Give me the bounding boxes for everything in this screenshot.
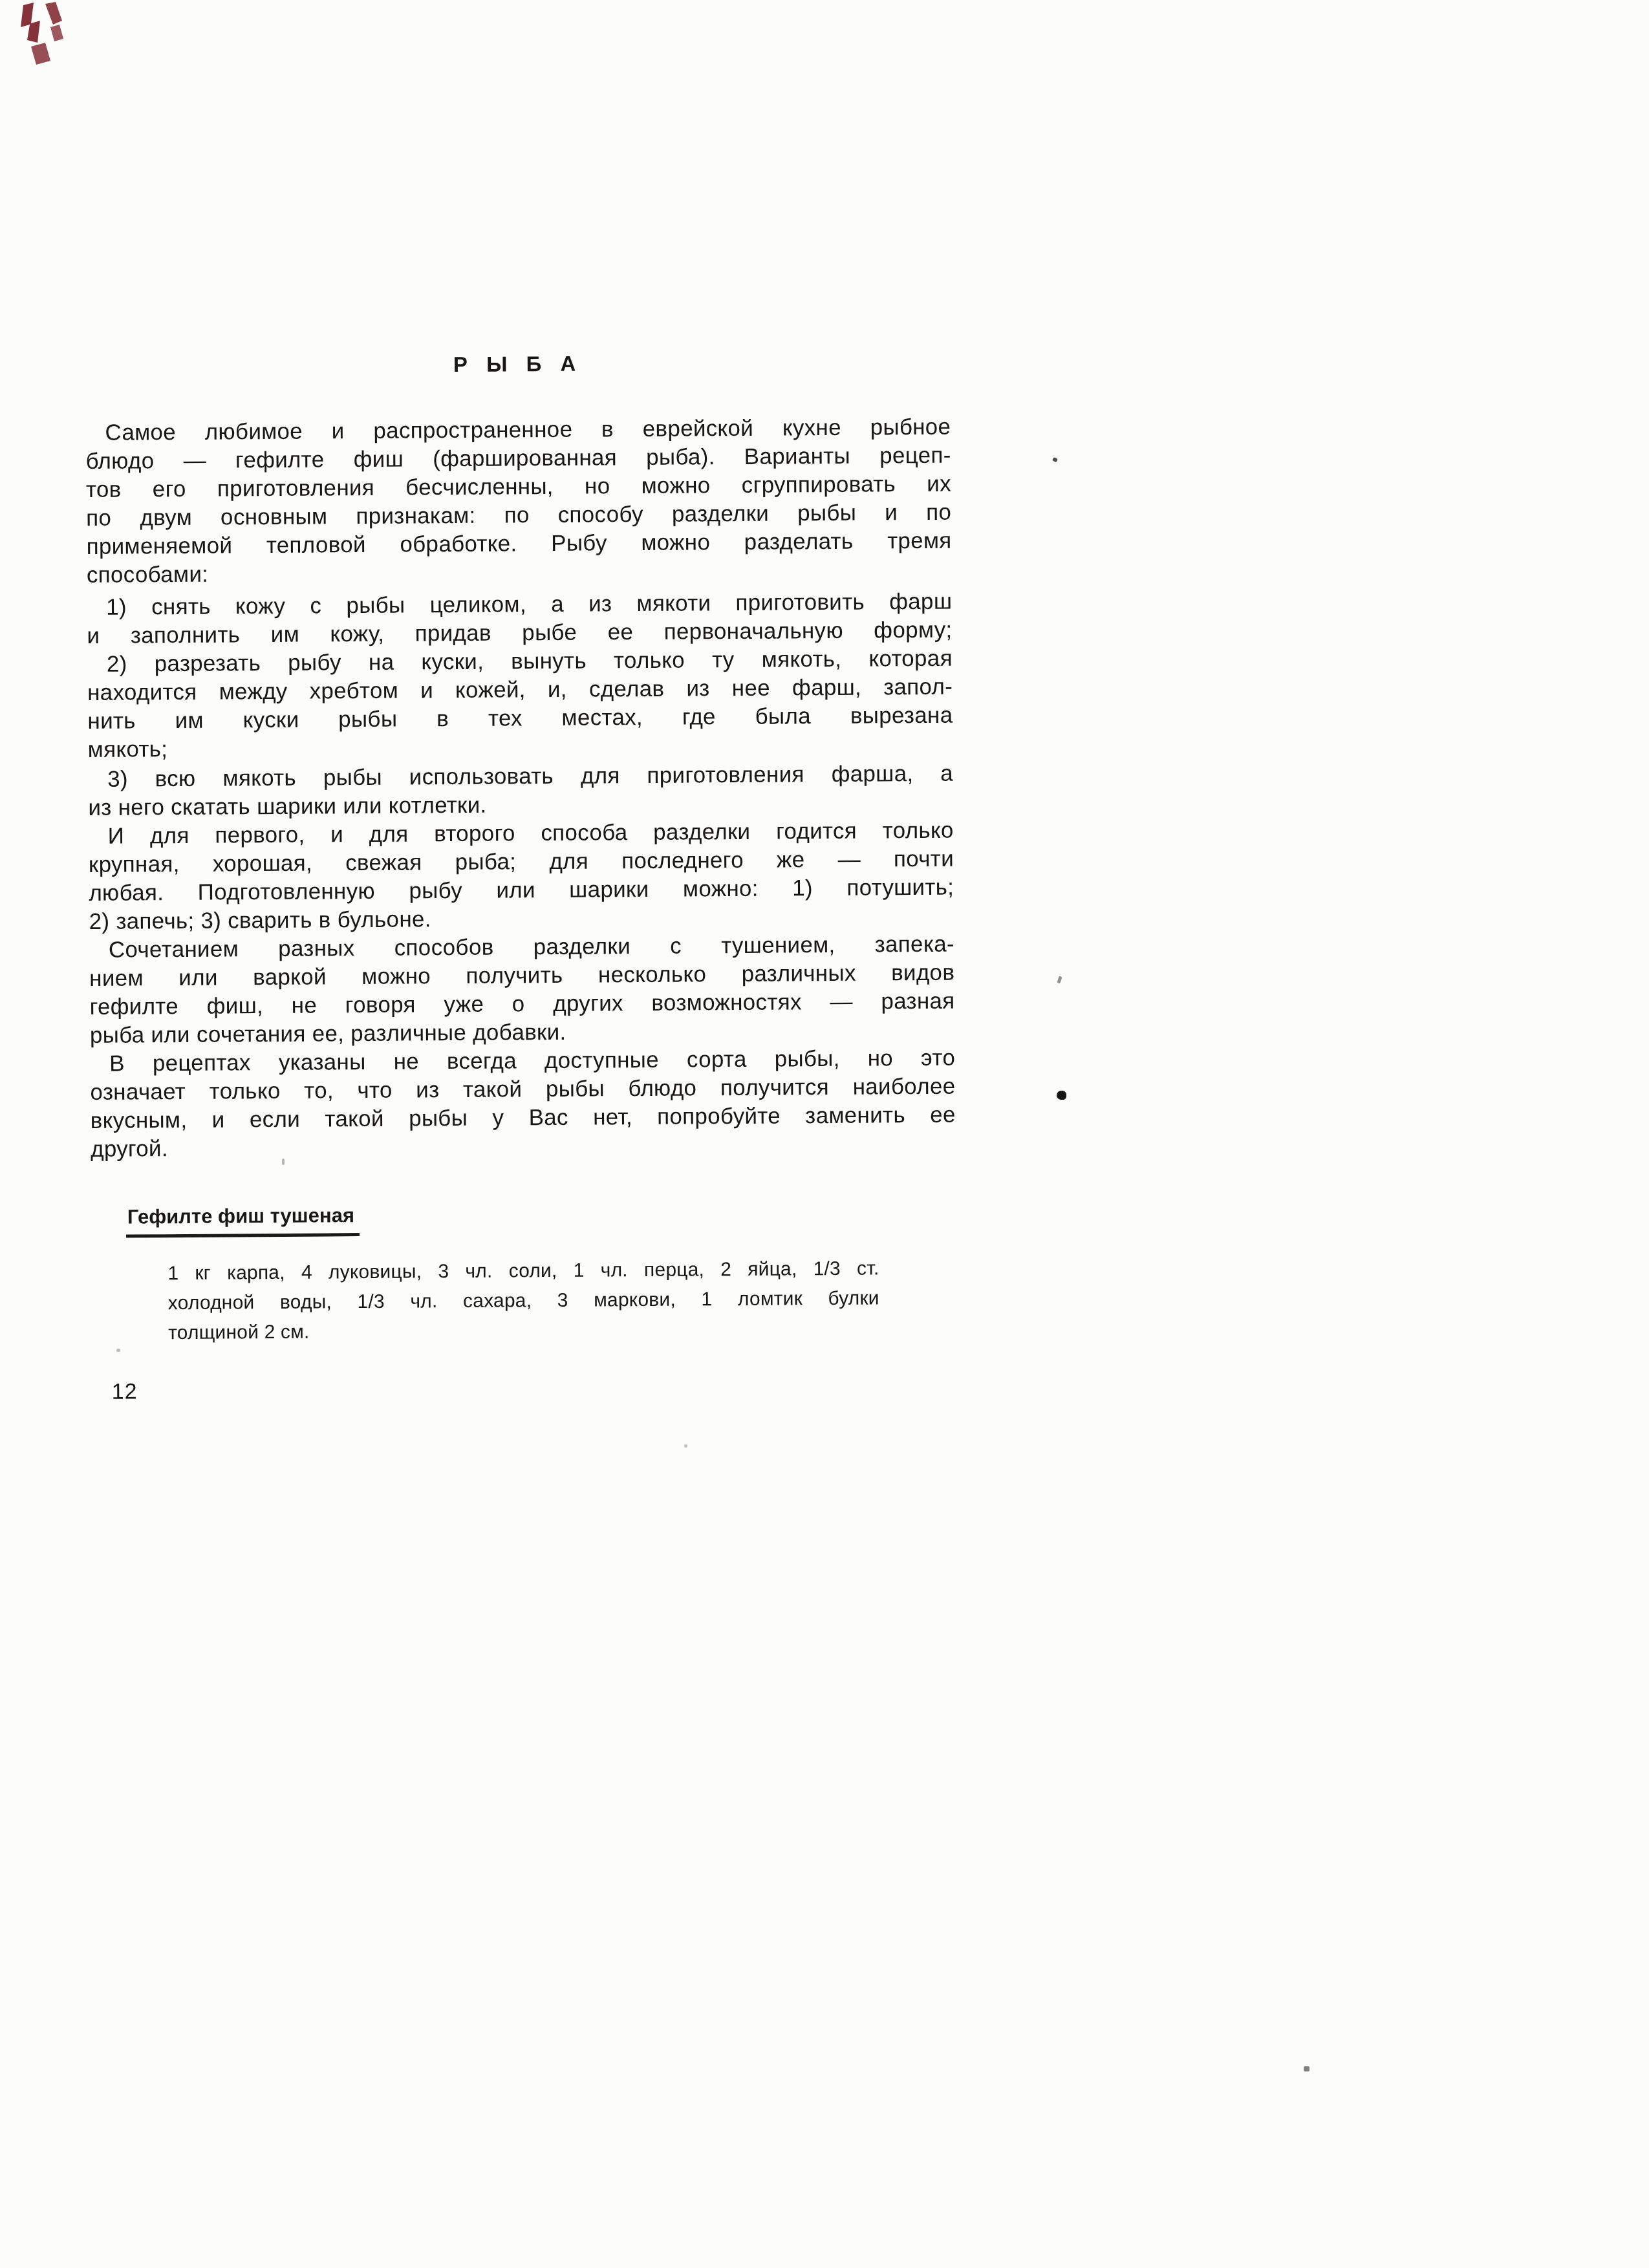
- text-line: мякоть;: [88, 730, 953, 764]
- recipe-line: холодной воды, 1/3 чл. сахара, 3 маркови…: [168, 1283, 879, 1318]
- page-title: Р Ы Б А: [85, 349, 951, 380]
- scanned-book-page: { "document": { "title": "Р Ы Б А", "pag…: [0, 0, 1649, 2268]
- paragraph: 2) разрезать рыбу на куски, вынуть тольк…: [87, 645, 953, 764]
- recipe-line: толщиной 2 см.: [168, 1313, 879, 1348]
- text-line: другой.: [91, 1129, 956, 1164]
- text-line: любая. Подготовленную рыбу или шарики мо…: [89, 873, 954, 908]
- scan-speck: [684, 1444, 687, 1448]
- text-line: способами:: [87, 555, 952, 590]
- text-line: 3) всю мякоть рыбы использовать для приг…: [88, 760, 953, 794]
- paragraph: Сочетанием разных способов разделки с ту…: [89, 930, 955, 1050]
- page-sheet: Р Ы Б А Самое любимое и распространенное…: [0, 0, 1649, 2268]
- text-line: гефилте фиш, не говоря уже о других возм…: [89, 987, 954, 1022]
- scan-speck: [1304, 2066, 1309, 2071]
- text-line: нить им куски рыбы в тех местах, где был…: [87, 701, 953, 736]
- paragraph: В рецептах указаны не всегда доступные с…: [90, 1044, 956, 1164]
- paragraph: И для первого, и для второго способа раз…: [89, 817, 954, 936]
- page-number: 12: [112, 1379, 138, 1404]
- recipe-heading: Гефилте фиш тушеная: [126, 1202, 360, 1238]
- paragraph: Самое любимое и распространенное в еврей…: [85, 413, 952, 590]
- body-text: Самое любимое и распространенное в еврей…: [0, 0, 1646, 1]
- scan-speck: [1057, 1091, 1066, 1100]
- scan-speck: [282, 1159, 285, 1165]
- text-line: вкусным, и если такой рыбы у Вас нет, по…: [91, 1101, 956, 1135]
- scan-speck: [116, 1349, 120, 1352]
- recipe-ingredients: 1 кг карпа, 4 луковицы, 3 чл. соли, 1 чл…: [167, 1254, 879, 1348]
- recipe-line: 1 кг карпа, 4 луковицы, 3 чл. соли, 1 чл…: [167, 1254, 879, 1289]
- paragraph: 3) всю мякоть рыбы использовать для приг…: [88, 760, 954, 822]
- text-line: применяемой тепловой обработке. Рыбу мож…: [86, 527, 951, 561]
- paragraph: 1) снять кожу с рыбы целиком, а из мякот…: [87, 588, 953, 650]
